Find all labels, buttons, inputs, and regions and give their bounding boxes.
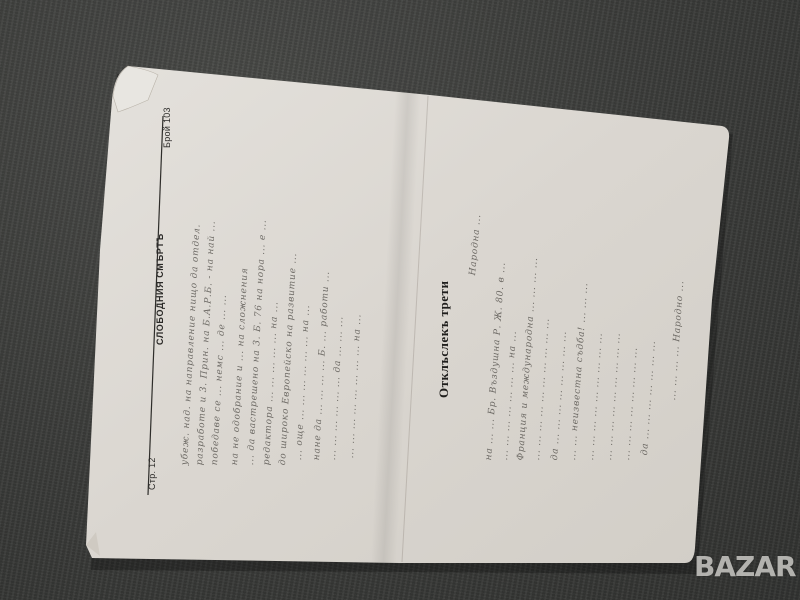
- page-label: Стр. 12: [147, 457, 157, 490]
- document-sheet: Брой 103 СЛОБОДНИЯ СМЪРТЪ Стр. 12 убеж. …: [0, 0, 800, 600]
- section-heading: Отклъслекъ трети: [436, 281, 452, 398]
- running-title: СЛОБОДНИЯ СМЪРТЪ: [155, 233, 165, 345]
- bazar-watermark: BAZAR: [694, 550, 798, 594]
- issue-label: Брой 103: [162, 107, 172, 148]
